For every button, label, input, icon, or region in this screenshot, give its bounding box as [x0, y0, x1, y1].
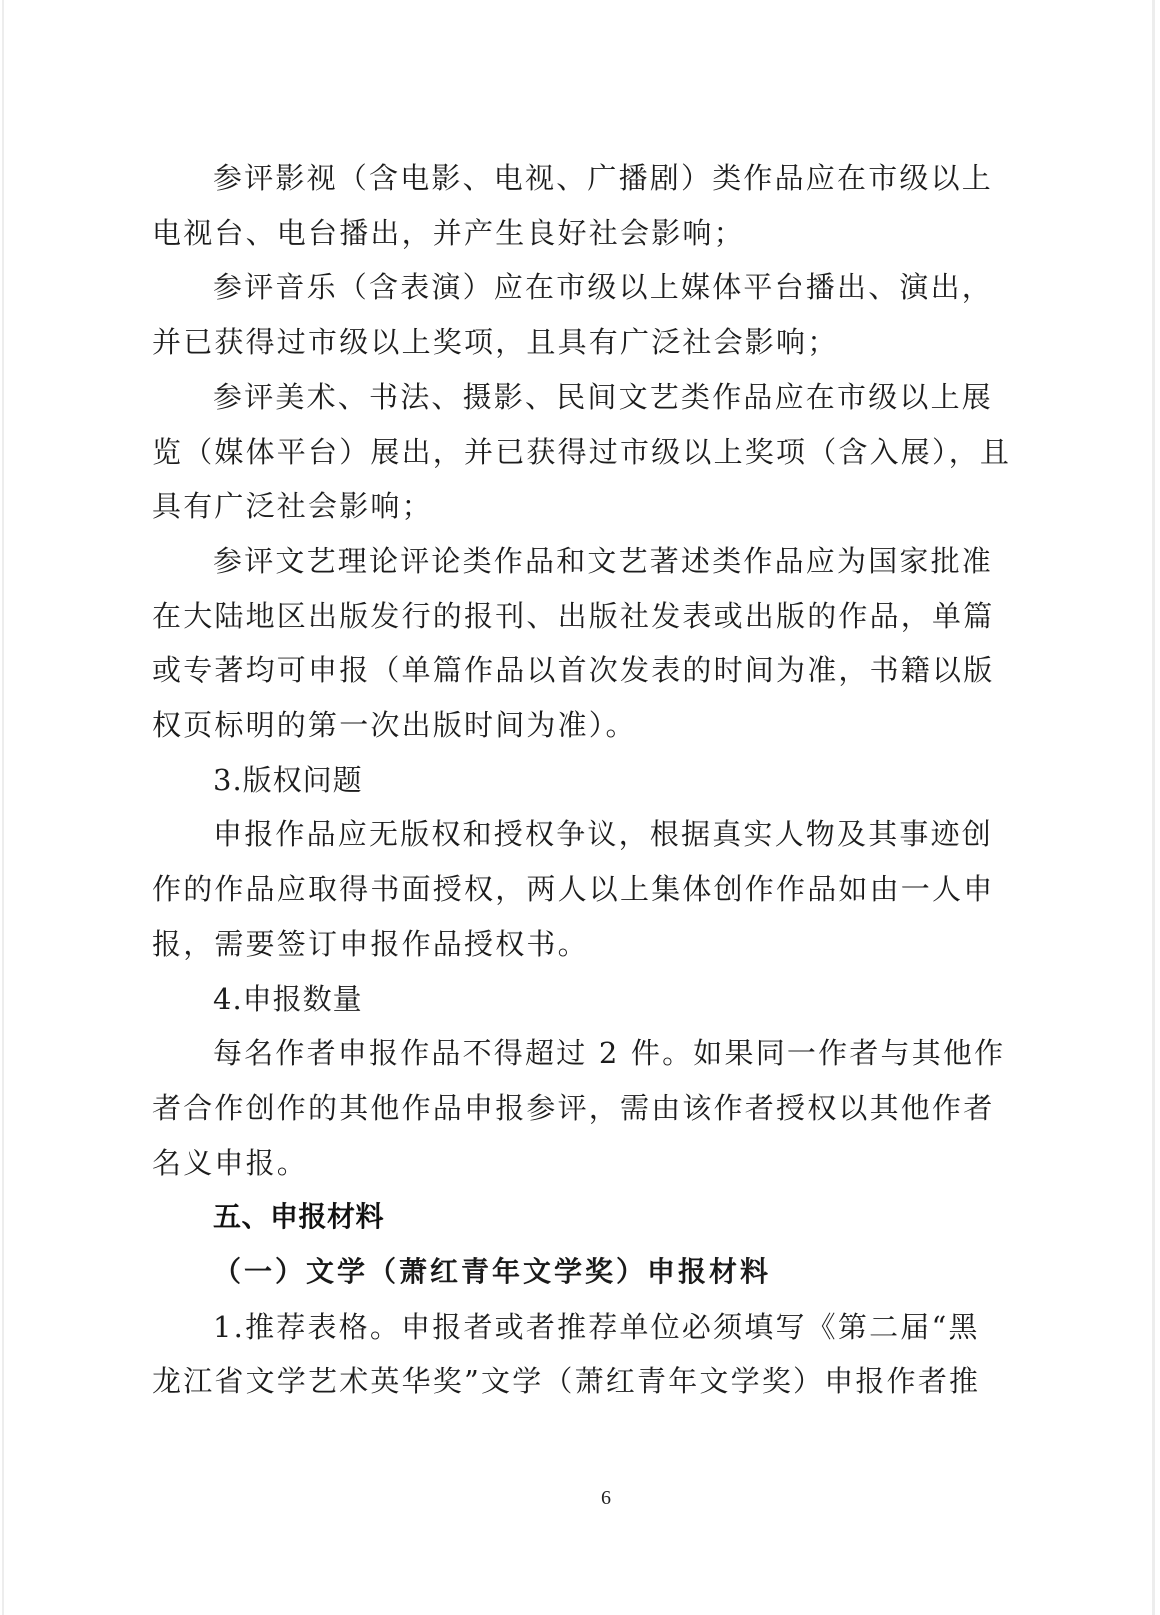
text-line: 名义申报。	[152, 1136, 976, 1191]
text-line: 参评影视（含电影、电视、广播剧）类作品应在市级以上	[152, 151, 976, 206]
text-line: 参评文艺理论评论类作品和文艺著述类作品应为国家批准	[152, 534, 976, 589]
text-line: 每名作者申报作品不得超过 2 件。如果同一作者与其他作	[152, 1026, 976, 1081]
text-line: 或专著均可申报（单篇作品以首次发表的时间为准，书籍以版	[152, 643, 976, 698]
text-line: 者合作创作的其他作品申报参评，需由该作者授权以其他作者	[152, 1081, 976, 1136]
subsection-heading-literature: （一）文学（萧红青年文学奖）申报材料	[152, 1245, 976, 1300]
text-line: 并已获得过市级以上奖项，且具有广泛社会影响；	[152, 315, 976, 370]
section-heading-materials: 五、申报材料	[152, 1190, 976, 1245]
text-line: 作的作品应取得书面授权，两人以上集体创作作品如由一人申	[152, 862, 976, 917]
item-title-quantity: 4.申报数量	[152, 972, 976, 1027]
text-line: 申报作品应无版权和授权争议，根据真实人物及其事迹创	[152, 807, 976, 862]
paragraph-fine-arts: 参评美术、书法、摄影、民间文艺类作品应在市级以上展 览（媒体平台）展出，并已获得…	[152, 370, 976, 534]
text-line: 参评音乐（含表演）应在市级以上媒体平台播出、演出，	[152, 260, 976, 315]
text-line: 电视台、电台播出，并产生良好社会影响；	[152, 206, 976, 261]
document-body: 参评影视（含电影、电视、广播剧）类作品应在市级以上 电视台、电台播出，并产生良好…	[152, 151, 976, 1409]
paragraph-copyright: 申报作品应无版权和授权争议，根据真实人物及其事迹创 作的作品应取得书面授权，两人…	[152, 807, 976, 971]
text-line: 报，需要签订申报作品授权书。	[152, 917, 976, 972]
paragraph-quantity: 每名作者申报作品不得超过 2 件。如果同一作者与其他作 者合作创作的其他作品申报…	[152, 1026, 976, 1190]
text-line: 在大陆地区出版发行的报刊、出版社发表或出版的作品，单篇	[152, 589, 976, 644]
paragraph-film-tv: 参评影视（含电影、电视、广播剧）类作品应在市级以上 电视台、电台播出，并产生良好…	[152, 151, 976, 260]
paragraph-music: 参评音乐（含表演）应在市级以上媒体平台播出、演出， 并已获得过市级以上奖项，且具…	[152, 260, 976, 369]
paragraph-theory-criticism: 参评文艺理论评论类作品和文艺著述类作品应为国家批准 在大陆地区出版发行的报刊、出…	[152, 534, 976, 753]
text-line: 1.推荐表格。申报者或者推荐单位必须填写《第二届“黑	[152, 1300, 976, 1355]
page-number: 6	[0, 1487, 1160, 1510]
text-line: 具有广泛社会影响；	[152, 479, 976, 534]
text-line: 权页标明的第一次出版时间为准）。	[152, 698, 976, 753]
text-line: 参评美术、书法、摄影、民间文艺类作品应在市级以上展	[152, 370, 976, 425]
text-line: 览（媒体平台）展出，并已获得过市级以上奖项（含入展），且	[152, 425, 976, 480]
paragraph-recommendation-form: 1.推荐表格。申报者或者推荐单位必须填写《第二届“黑 龙江省文学艺术英华奖”文学…	[152, 1300, 976, 1409]
text-line: 龙江省文学艺术英华奖”文学（萧红青年文学奖）申报作者推	[152, 1354, 976, 1409]
item-title-copyright: 3.版权问题	[152, 753, 976, 808]
